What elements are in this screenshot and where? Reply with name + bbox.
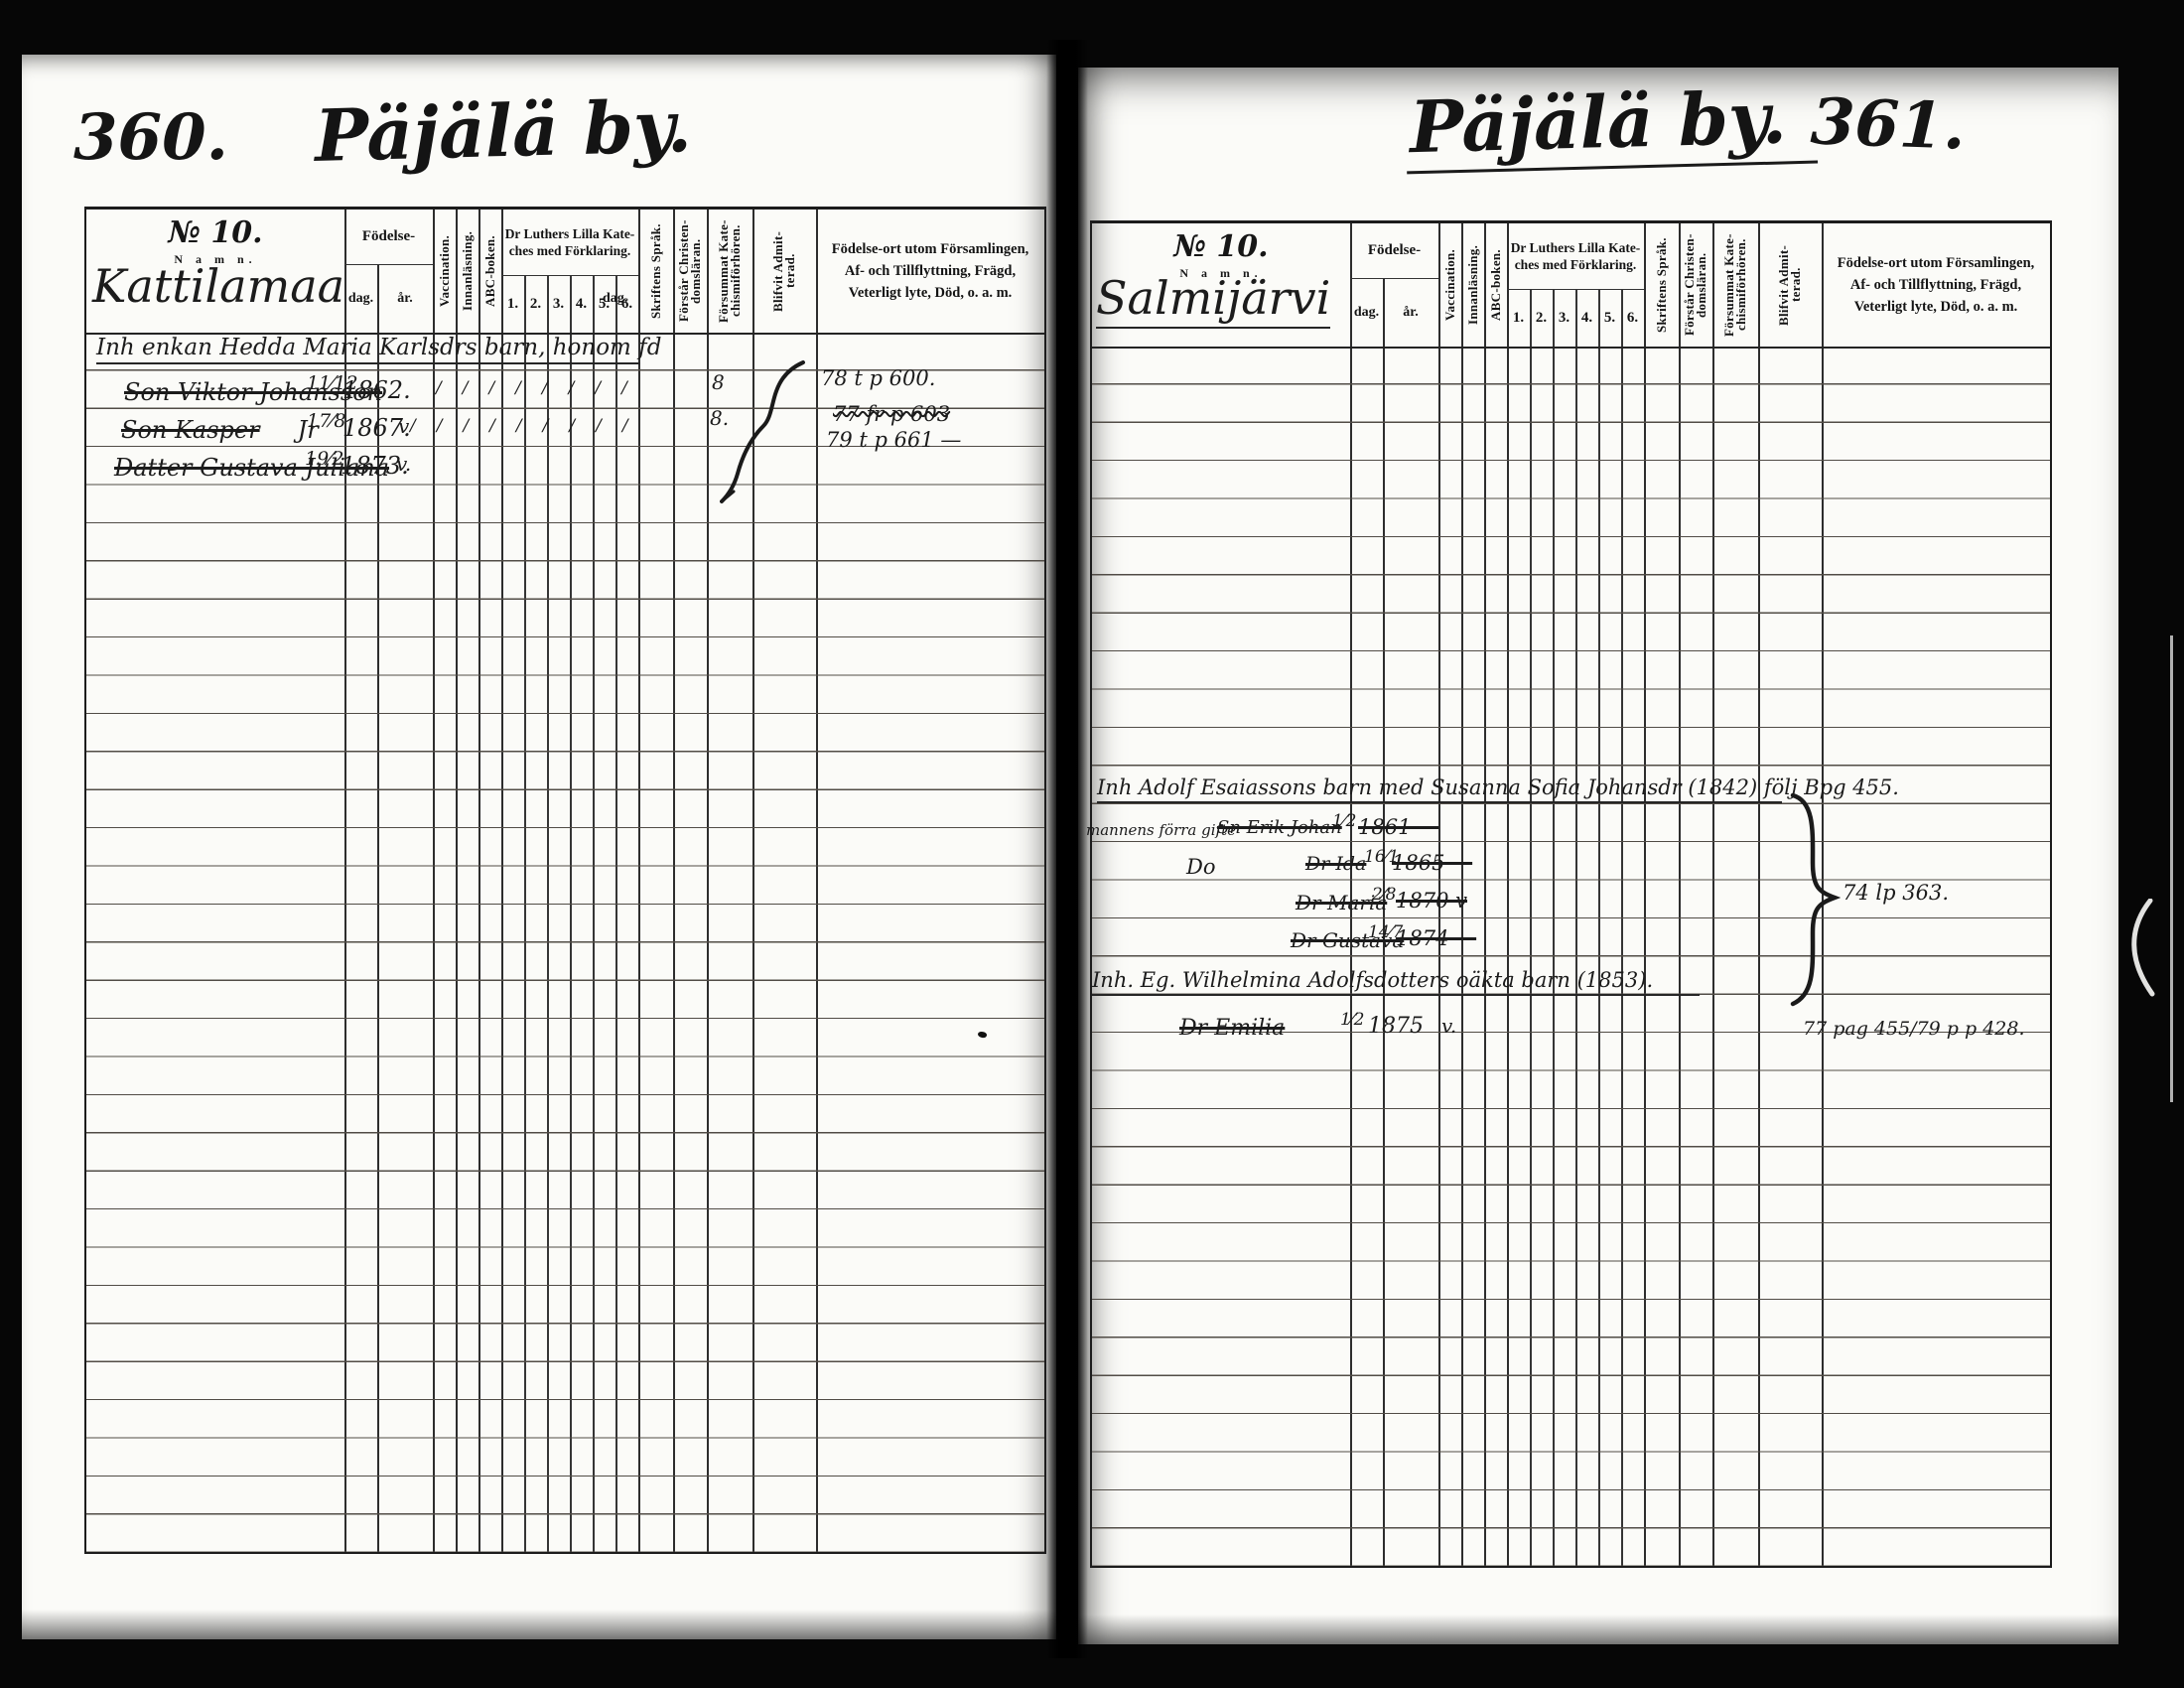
brace-icon [1785, 791, 1841, 1010]
left-page: 360. Päjälä by. № 10. N a m n. [22, 55, 1056, 1639]
ledger-table-left: № 10. N a m n. Kattilamaa Födelse- dag. … [84, 207, 1046, 1554]
brace-icon [720, 356, 809, 505]
entry-prefix: Do [1186, 855, 1215, 879]
entry-birth-year: 1865 — [1392, 851, 1472, 875]
exam-marks: ///////// [410, 416, 649, 436]
entry-prefix: mannens förra gifte [1086, 821, 1236, 839]
entry-name: Son KasperJr [121, 416, 319, 444]
family-heading: Inh Adolf Esaiassons barn med Susanna So… [1097, 775, 1782, 803]
entry-name: Dr Emilia [1179, 1016, 1285, 1041]
ink-blot [977, 1031, 988, 1040]
right-page: Päjälä by. 361. № 10. N a m n. [1078, 68, 2118, 1644]
entry-name: Sn Erik Johan [1217, 817, 1342, 838]
vaccination-mark: v [398, 414, 409, 438]
entry-birth-day: 1⁄2 [1340, 1010, 1364, 1030]
entry-birth-day: 17⁄8 [307, 410, 345, 432]
page-edge-sliver [2170, 635, 2173, 1102]
entry-birth-day: 1⁄2 [1332, 811, 1356, 831]
page-title-left: Päjälä by. [314, 83, 693, 178]
page-number-left: 360. [73, 100, 228, 175]
ledger-table-right: № 10. N a m n. Salmijärvi Födelse- dag. … [1090, 220, 2052, 1568]
vaccination-mark: v. [396, 452, 411, 476]
margin-note: 79 t p 661 — [826, 428, 961, 452]
vaccination-mark: v. [1441, 1014, 1456, 1038]
entry-birth-year: 1870 v [1396, 889, 1467, 913]
page-number-right: 361. [1810, 84, 1967, 164]
entry-name: Dr Ida [1305, 853, 1366, 875]
margin-note: 74 lp 363. [1843, 881, 1949, 905]
entry-birth-year: 1875 [1368, 1014, 1424, 1039]
entry-birth-year: 1874 — [1396, 926, 1476, 950]
entry-birth-day: 2⁄8 [1372, 885, 1396, 905]
entries-right: Inh Adolf Esaiassons barn med Susanna So… [1092, 223, 2050, 1566]
entries-left: Inh enkan Hedda Maria Karlsdrs barn, hon… [86, 210, 1044, 1552]
margin-note: 77 fr p 603 [833, 402, 950, 426]
entry-birth-year: 1862. [342, 376, 411, 404]
page-title-right: Päjälä by. [1405, 74, 1818, 175]
margin-note: 78 t p 600. [821, 366, 935, 390]
ledger-scan: 360. Päjälä by. № 10. N a m n. [0, 0, 2184, 1688]
page-edge-curl [2124, 899, 2158, 998]
margin-note: 77 pag 455/79 p p 428. [1803, 1018, 2025, 1040]
family-heading: Inh enkan Hedda Maria Karlsdrs barn, hon… [96, 335, 640, 364]
family-heading: Inh. Eg. Wilhelmina Adolfsdotters oäkta … [1092, 968, 1700, 996]
entry-birth-year: 1861 — [1358, 815, 1438, 839]
entry-birth-day: 19⁄2 [305, 448, 343, 470]
exam-marks: //////// [436, 378, 648, 398]
book-gutter [1046, 40, 1088, 1658]
